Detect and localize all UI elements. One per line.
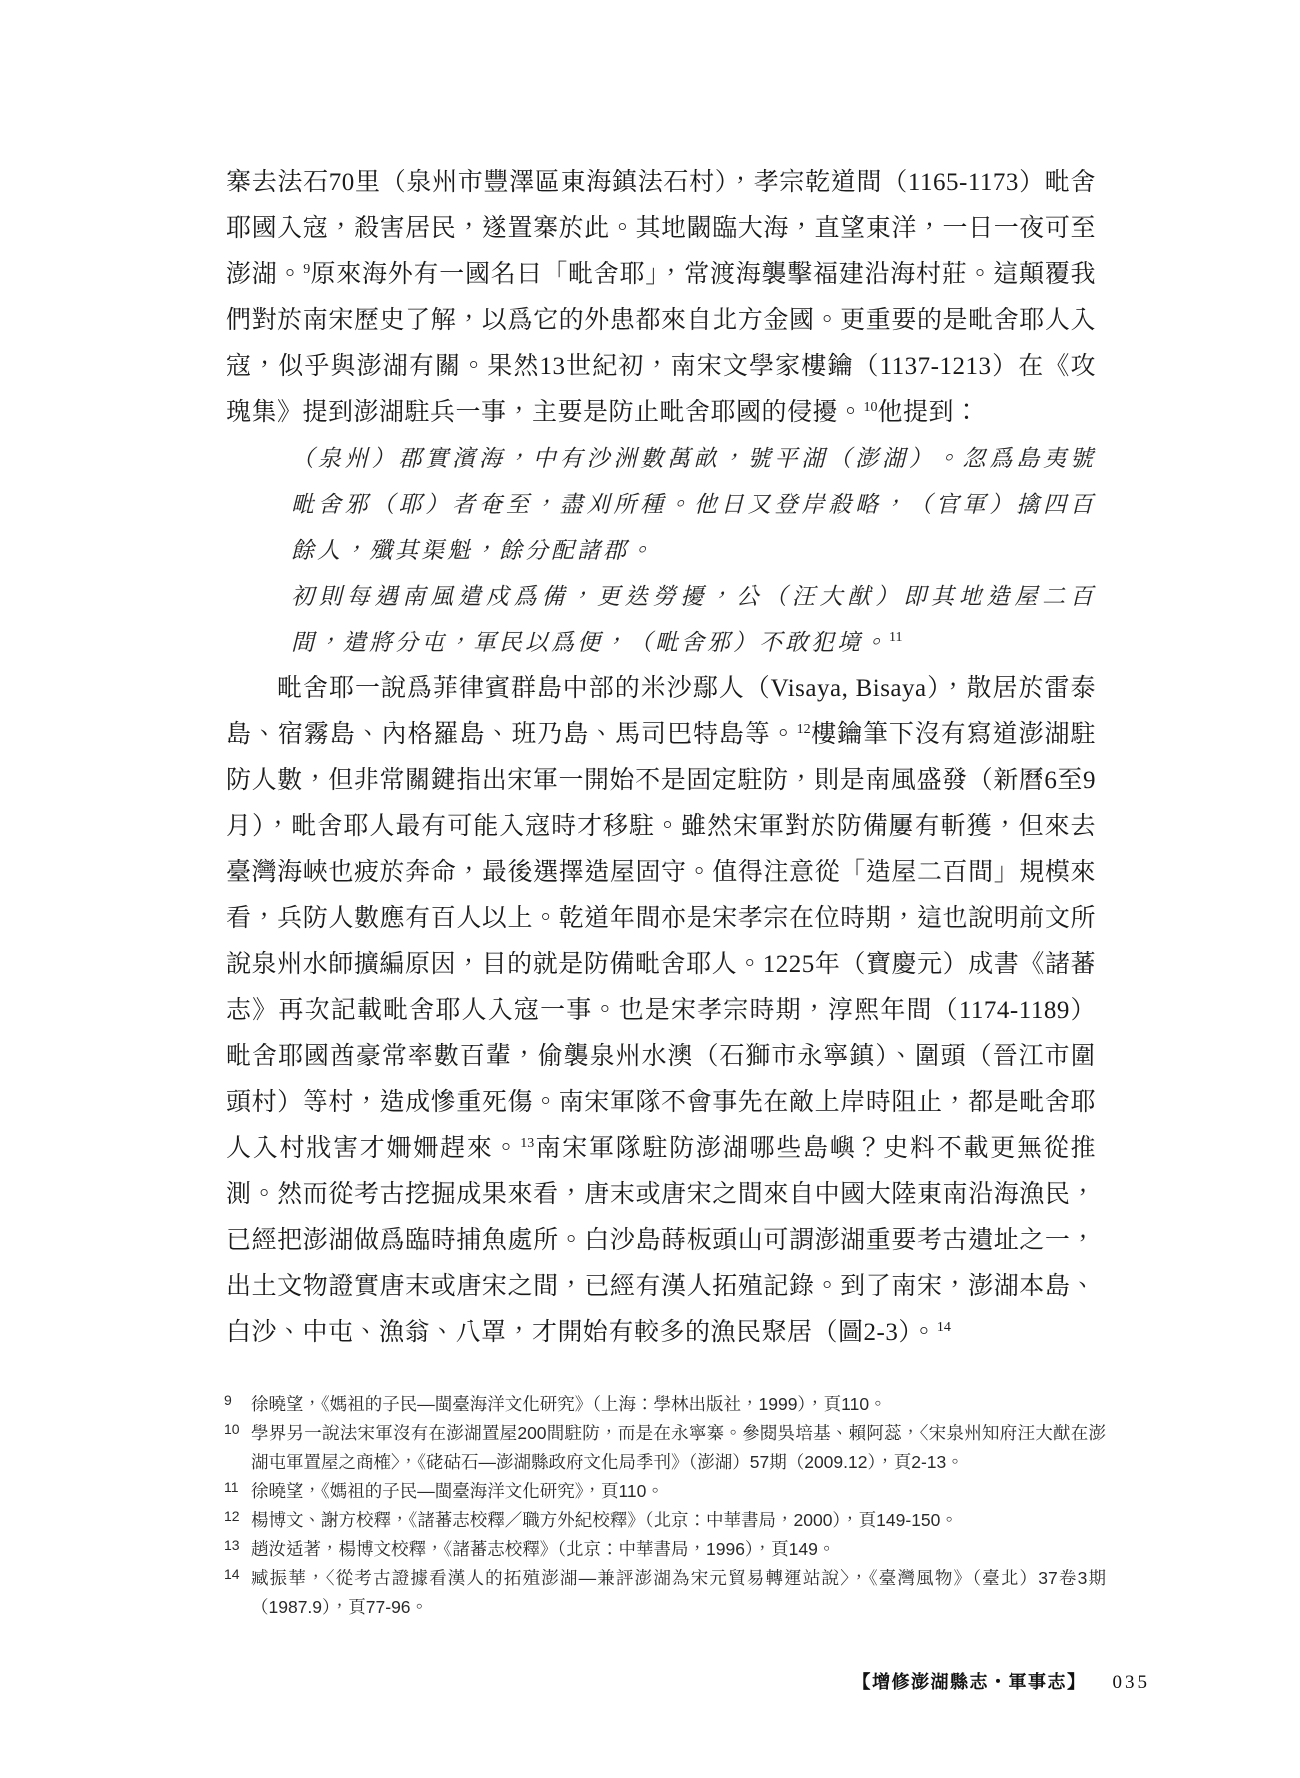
footnote-marker: 11 (889, 630, 902, 645)
footnote-text: 楊博文、謝方校釋，《諸蕃志校釋／職方外紀校釋》（北京：中華書局，2000），頁1… (251, 1510, 958, 1530)
body-paragraph: 毗舍耶一說爲菲律賓群島中部的米沙鄢人（Visaya, Bisaya），散居於雷泰… (226, 666, 1096, 1356)
footer-book-title: 【增修澎湖縣志・軍事志】 (853, 1672, 1087, 1692)
quote-paragraph: （泉州）郡實濱海，中有沙洲數萬畝，號平湖（澎湖）。忽爲島夷號毗舍邪（耶）者奄至，… (291, 436, 1096, 574)
footer-page-number: 035 (1113, 1672, 1151, 1693)
footnote-marker: 14 (937, 1320, 951, 1335)
body-paragraph: 寨去法石70里（泉州市豐澤區東海鎮法石村），孝宗乾道間（1165-1173）毗舍… (226, 160, 1096, 436)
footnote-marker: 12 (797, 722, 811, 737)
footnote: 12楊博文、謝方校釋，《諸蕃志校釋／職方外紀校釋》（北京：中華書局，2000），… (224, 1506, 1106, 1535)
footnote: 13趙汝适著，楊博文校釋，《諸蕃志校釋》（北京：中華書局，1996），頁149。 (224, 1535, 1106, 1564)
footnote-marker: 9 (303, 262, 310, 277)
quote-paragraph: 初則每遇南風遣戍爲備，更迭勞擾，公（汪大猷）即其地造屋二百間，遣將分屯，軍民以爲… (291, 574, 1096, 666)
footnote-number: 11 (224, 1473, 239, 1502)
footnote-number: 9 (224, 1386, 232, 1415)
footnote-text: 趙汝适著，楊博文校釋，《諸蕃志校釋》（北京：中華書局，1996），頁149。 (251, 1539, 835, 1559)
page-footer: 【增修澎湖縣志・軍事志】035 (226, 1668, 1150, 1694)
footnote-number: 13 (224, 1531, 240, 1560)
footnote-marker: 13 (520, 1136, 534, 1151)
footnote-number: 12 (224, 1502, 240, 1531)
footnotes: 9徐曉望，《媽祖的子民—閩臺海洋文化研究》（上海：學林出版社，1999），頁11… (224, 1390, 1106, 1622)
body-text: 寨去法石70里（泉州市豐澤區東海鎮法石村），孝宗乾道間（1165-1173）毗舍… (226, 160, 1096, 1356)
footnote: 11徐曉望，《媽祖的子民—閩臺海洋文化研究》，頁110。 (224, 1477, 1106, 1506)
footnote: 9徐曉望，《媽祖的子民—閩臺海洋文化研究》（上海：學林出版社，1999），頁11… (224, 1390, 1106, 1419)
footnote: 14臧振華，〈從考古證據看漢人的拓殖澎湖—兼評澎湖為宋元貿易轉運站說〉，《臺灣風… (224, 1564, 1106, 1622)
footnote-text: 學界另一說法宋軍沒有在澎湖置屋200間駐防，而是在永寧寨。參閱吳培基、賴阿蕊，〈… (251, 1423, 1106, 1472)
footnote-marker: 10 (864, 400, 878, 415)
footnote-text: 徐曉望，《媽祖的子民—閩臺海洋文化研究》，頁110。 (251, 1481, 664, 1501)
footnote-text: 徐曉望，《媽祖的子民—閩臺海洋文化研究》（上海：學林出版社，1999），頁110… (251, 1394, 887, 1414)
footnote: 10學界另一說法宋軍沒有在澎湖置屋200間駐防，而是在永寧寨。參閱吳培基、賴阿蕊… (224, 1419, 1106, 1477)
footnote-number: 10 (224, 1415, 240, 1444)
footnote-number: 14 (224, 1560, 240, 1589)
book-page: 寨去法石70里（泉州市豐澤區東海鎮法石村），孝宗乾道間（1165-1173）毗舍… (0, 0, 1300, 1778)
footnote-text: 臧振華，〈從考古證據看漢人的拓殖澎湖—兼評澎湖為宋元貿易轉運站說〉，《臺灣風物》… (251, 1568, 1106, 1617)
